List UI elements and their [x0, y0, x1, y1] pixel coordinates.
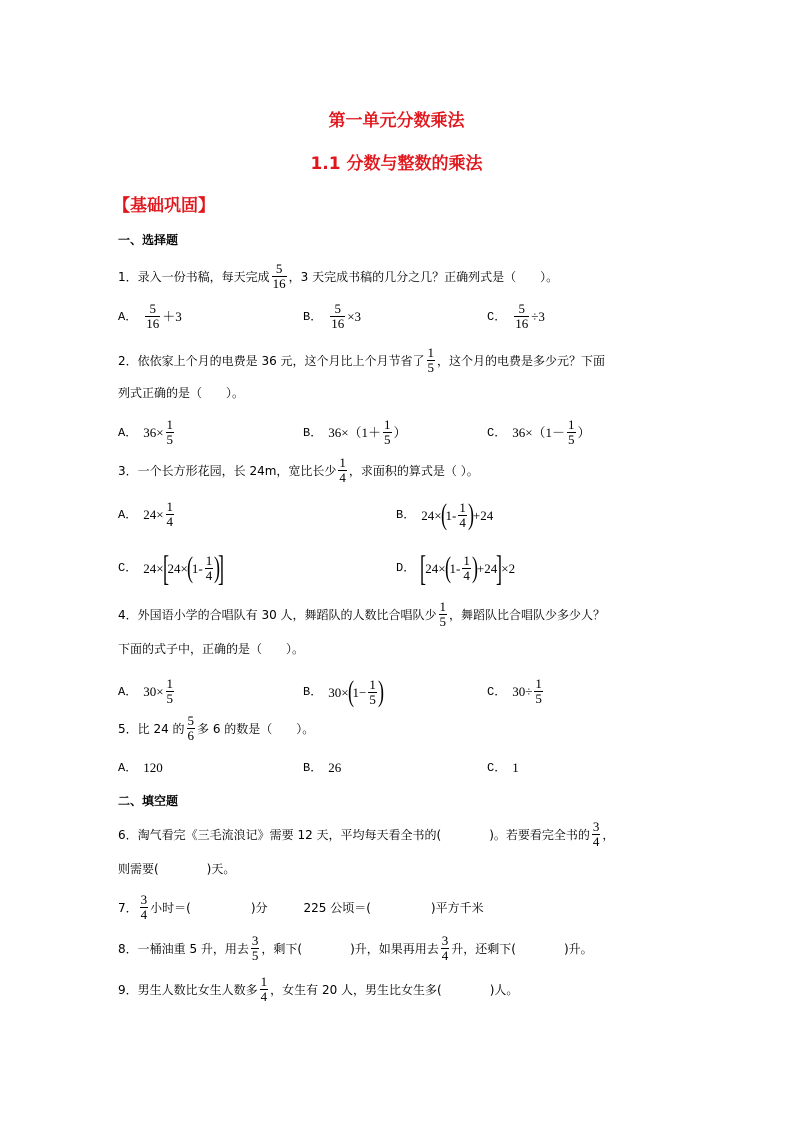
q3-option-d[interactable]: D． [ 24× (1- 14 )+24 ]×2 [396, 550, 515, 586]
fraction: 516 [145, 302, 160, 331]
question-6: 6． 淘气看完《三毛流浪记》需要 12 天，平均每天看全书的( )。若要看完全书… [118, 820, 614, 849]
q1-option-c[interactable]: C． 516 ÷3 [487, 302, 545, 331]
fraction: 34 [592, 820, 601, 849]
q-num: 4． [118, 609, 138, 621]
q-text: ，这个月的电费是多少元？下面 [437, 355, 605, 367]
question-6-cont: 则需要( )天。 [118, 863, 235, 875]
left-paren: ( [441, 500, 447, 530]
lesson-title: 1.1 分数与整数的乘法 [0, 149, 793, 174]
question-2-cont: 列式正确的是（ ）。 [118, 387, 244, 399]
fraction: 15 [166, 677, 175, 706]
q4-option-a[interactable]: A． 30× 15 [118, 677, 176, 706]
fraction: 14 [166, 500, 175, 529]
q-num: 6． [118, 829, 138, 841]
q-text: ，求面积的算式是（ ）。 [349, 465, 479, 477]
right-bracket: ] [218, 550, 224, 586]
right-paren: ) [378, 677, 384, 707]
q1-option-b[interactable]: B． 516 ×3 [303, 302, 361, 331]
q4-option-c[interactable]: C． 30÷ 15 [487, 677, 545, 706]
q-text: ，3 天完成书稿的几分之几？正确列式是（ ）。 [289, 271, 558, 283]
q-text: 多 6 的数是（ ）。 [197, 723, 314, 735]
q-text: 小时＝( )分 [150, 902, 267, 914]
right-paren: ) [472, 553, 478, 583]
q3-option-b[interactable]: B． 24× (1- 14 )+24 [396, 500, 493, 530]
fraction: 516 [514, 302, 529, 331]
question-1: 1． 录入一份书稿，每天完成 516 ，3 天完成书稿的几分之几？正确列式是（ … [118, 262, 558, 291]
section-tag: 【基础巩固】 [113, 191, 215, 216]
q3-option-a[interactable]: A． 24× 14 [118, 500, 176, 529]
fraction: 35 [251, 934, 260, 963]
question-4-cont: 下面的式子中，正确的是（ ）。 [118, 643, 304, 655]
q-text: ，剩下( )升，如果再用去 [261, 943, 438, 955]
section-heading-choice: 一、选择题 [118, 231, 178, 248]
fraction: 15 [534, 677, 543, 706]
q-text: 一个长方形花园，长 24m，宽比长少 [138, 465, 337, 477]
question-7: 7． 34 小时＝( )分 225 公顷＝( )平方千米 [118, 893, 484, 922]
question-8: 8． 一桶油重 5 升，用去 35 ，剩下( )升，如果再用去 34 升，还剩下… [118, 934, 593, 963]
fraction: 34 [140, 893, 149, 922]
q-text: 录入一份书稿，每天完成 [138, 271, 270, 283]
q-text: ， [602, 829, 614, 841]
q-text: 列式正确的是（ ）。 [118, 387, 244, 399]
q-num: 2． [118, 355, 138, 367]
q-text: 比 24 的 [138, 723, 185, 735]
question-3: 3． 一个长方形花园，长 24m，宽比长少 14 ，求面积的算式是（ ）。 [118, 456, 479, 485]
question-4: 4． 外国语小学的合唱队有 30 人，舞蹈队的人数比合唱队少 15 ，舞蹈队比合… [118, 600, 605, 629]
fraction: 516 [330, 302, 345, 331]
q5-option-b[interactable]: B． 26 [303, 761, 341, 774]
unit-title: 第一单元分数乘法 [0, 106, 793, 131]
fraction: 15 [427, 346, 436, 375]
q-num: 7． [118, 902, 138, 914]
fraction: 34 [441, 934, 450, 963]
q-text: 男生人数比女生人数多 [138, 984, 258, 996]
q3-option-c[interactable]: C． 24× [ 24× (1- 14 ) ] [118, 550, 223, 586]
fraction: 15 [166, 418, 175, 447]
q4-option-b[interactable]: B． 30× (1− 15 ) [303, 677, 383, 707]
q5-option-c[interactable]: C． 1 [487, 761, 519, 774]
fraction: 15 [567, 418, 576, 447]
fraction: 15 [439, 600, 448, 629]
question-9: 9． 男生人数比女生人数多 14 ，女生有 20 人，男生比女生多( )人。 [118, 975, 518, 1004]
q-num: 9． [118, 984, 138, 996]
fraction: 14 [260, 975, 269, 1004]
fraction: 15 [383, 418, 392, 447]
fraction: 14 [458, 501, 467, 530]
q-text: 一桶油重 5 升，用去 [138, 943, 249, 955]
section-heading-fill: 二、填空题 [118, 792, 178, 809]
left-paren: ( [187, 553, 193, 583]
fraction: 14 [205, 554, 214, 583]
q-text: 依依家上个月的电费是 36 元，这个月比上个月节省了 [138, 355, 425, 367]
q-num: 3． [118, 465, 138, 477]
left-bracket: [ [163, 550, 169, 586]
q-num: 5． [118, 723, 138, 735]
fraction: 14 [338, 456, 347, 485]
question-2: 2． 依依家上个月的电费是 36 元，这个月比上个月节省了 15 ，这个月的电费… [118, 346, 605, 375]
q-text: 淘气看完《三毛流浪记》需要 12 天，平均每天看全书的( )。若要看完全书的 [138, 829, 590, 841]
q-text: 225 公顷＝( )平方千米 [304, 902, 484, 914]
q-text: 升，还剩下( )升。 [451, 943, 592, 955]
fraction: 14 [462, 554, 471, 583]
q2-option-c[interactable]: C． 36×（1－ 15 ） [487, 418, 591, 447]
q-num: 8． [118, 943, 138, 955]
left-paren: ( [348, 677, 354, 707]
right-paren: ) [468, 500, 474, 530]
q2-option-a[interactable]: A． 36× 15 [118, 418, 176, 447]
q5-option-a[interactable]: A． 120 [118, 761, 163, 774]
fraction: 15 [368, 678, 377, 707]
question-5: 5． 比 24 的 56 多 6 的数是（ ）。 [118, 714, 314, 743]
fraction: 516 [272, 262, 287, 291]
q-text: 外国语小学的合唱队有 30 人，舞蹈队的人数比合唱队少 [138, 609, 437, 621]
q1-option-a[interactable]: A． 516 ＋3 [118, 302, 182, 331]
left-paren: ( [445, 553, 451, 583]
q-text: 则需要( )天。 [118, 863, 235, 875]
q-text: 下面的式子中，正确的是（ ）。 [118, 643, 304, 655]
q-text: ，舞蹈队比合唱队少多少人？ [449, 609, 605, 621]
fraction: 56 [187, 714, 196, 743]
q-num: 1． [118, 271, 138, 283]
left-bracket: [ [420, 550, 426, 586]
q2-option-b[interactable]: B． 36×（1＋ 15 ） [303, 418, 407, 447]
q-text: ，女生有 20 人，男生比女生多( )人。 [270, 984, 518, 996]
right-bracket: ] [496, 550, 502, 586]
